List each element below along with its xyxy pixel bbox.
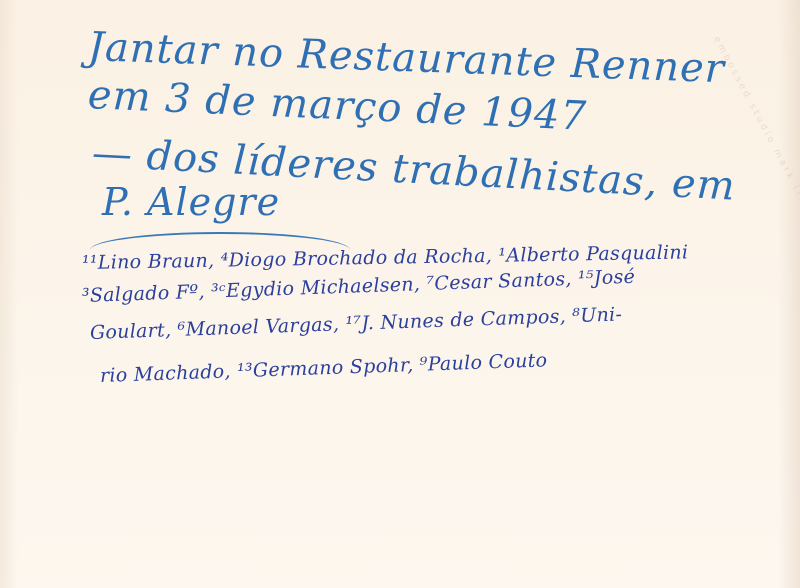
- heading-line-4: P. Alegre: [102, 180, 280, 224]
